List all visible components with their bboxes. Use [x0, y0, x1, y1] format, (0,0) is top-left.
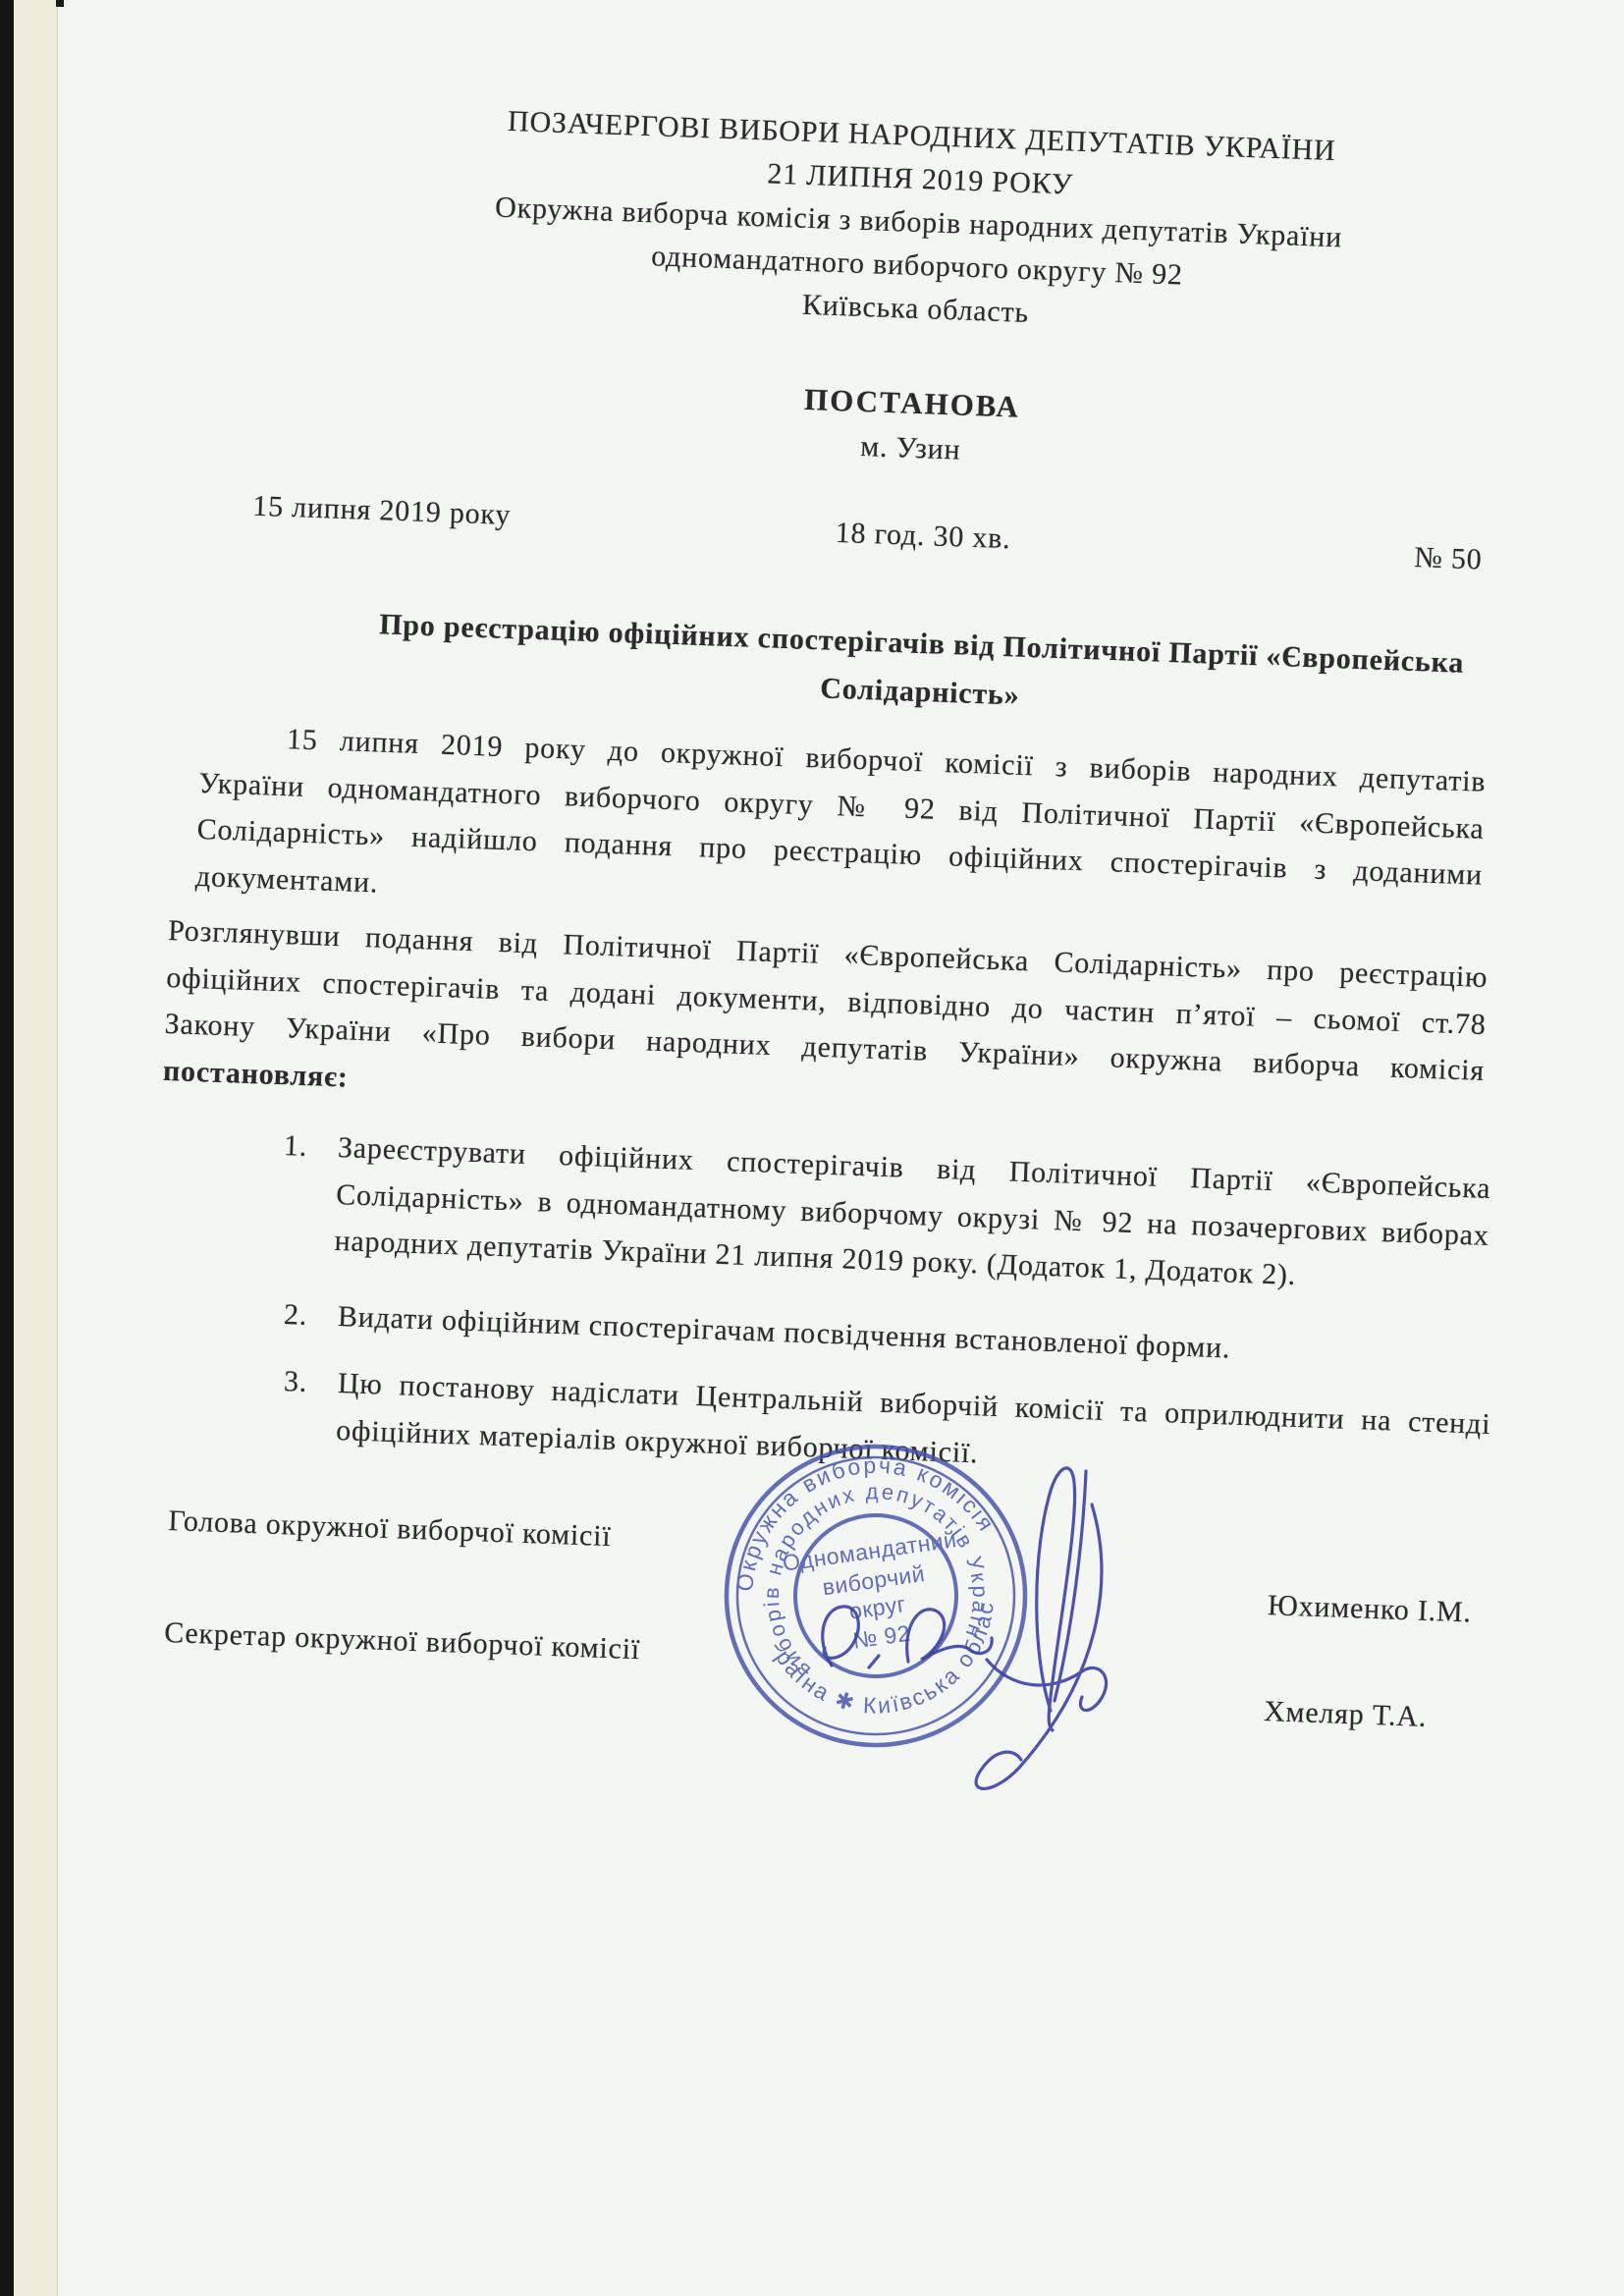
- item-text: Зареєструвати офіційних спостерігачів ві…: [334, 1124, 1491, 1305]
- resolution-title: Про реєстрацію офіційних спостерігачів в…: [232, 595, 1609, 740]
- handwritten-signatures: [589, 1355, 1276, 1905]
- paragraph-consideration: Розглянувши подання від Політичної Парті…: [162, 907, 1489, 1141]
- paragraph-submission: 15 липня 2019 року до окружної виборчої …: [194, 713, 1487, 946]
- signature-stroke-secretary-tail: [987, 1660, 1107, 1711]
- item-number: 1.: [283, 1122, 308, 1170]
- document-header: ПОЗАЧЕРГОВІ ВИБОРИ НАРОДНИХ ДЕПУТАТІВ УК…: [223, 90, 1609, 495]
- scan-edge-page-under: [14, 0, 58, 2296]
- signature-stroke-secretary: [823, 1607, 859, 1666]
- meta-time: 18 год. 30 хв.: [835, 517, 1011, 556]
- meta-line: 15 липня 2019 року 18 год. 30 хв. № 50: [234, 489, 1590, 596]
- item-number: 3.: [283, 1358, 308, 1405]
- scanned-document: { "document": { "header": { "lines": [ "…: [0, 0, 1624, 2296]
- meta-number: № 50: [1414, 541, 1484, 576]
- signature-role-head: Голова окружної виборчої комісії: [168, 1504, 612, 1554]
- item-number: 2.: [283, 1291, 308, 1339]
- signature-stroke-secretary-2: [869, 1656, 879, 1667]
- signature-name-secretary: Хмеляр Т.А.: [1264, 1695, 1428, 1734]
- scan-edge-black-strip: [0, 0, 14, 2296]
- signature-role-secretary: Секретар окружної виборчої комісії: [164, 1616, 641, 1667]
- signature-name-head: Юхименко І.М.: [1267, 1589, 1472, 1629]
- meta-date: 15 липня 2019 року: [252, 490, 512, 532]
- scan-edge-top-tick: [56, 0, 64, 7]
- signature-stroke-secretary-3: [907, 1610, 993, 1662]
